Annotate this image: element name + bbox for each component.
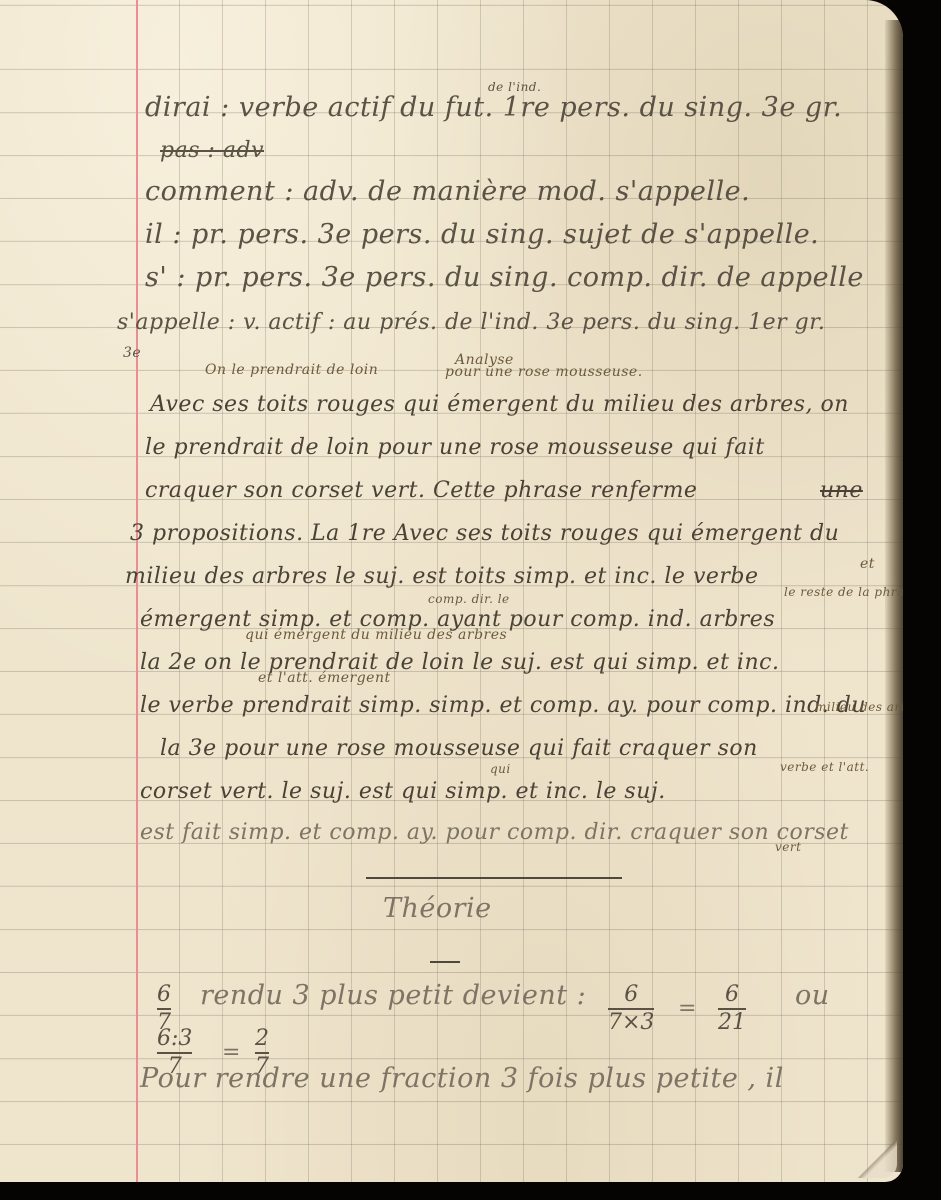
numerator: 6 <box>157 983 171 1007</box>
line-13-annotation-right: le reste de la phrase <box>784 585 903 599</box>
denominator: 21 <box>718 1011 746 1035</box>
line-1: dirai : verbe actif du fut. 1re pers. du… <box>145 92 842 123</box>
line-16: la 3e pour une rose mousseuse qui fait c… <box>160 736 758 761</box>
line-10: craquer son corset vert. Cette phrase re… <box>145 478 697 503</box>
denominator: 7×3 <box>608 1011 654 1035</box>
line-10-struck-word: une <box>820 478 863 503</box>
numerator: 6 <box>725 983 739 1007</box>
numerator: 6:3 <box>157 1027 192 1051</box>
math-ou: ou <box>795 980 830 1011</box>
line-14-annotation: qui émergent du milieu des arbres <box>245 627 507 643</box>
line-18: est fait simp. et comp. ay. pour comp. d… <box>140 820 849 845</box>
line-17-annotation-qui: qui <box>490 762 511 776</box>
fraction-6-over-21: 6 21 <box>718 983 746 1035</box>
equals-sign-2: = <box>222 1040 241 1065</box>
line-11: 3 propositions. La 1re Avec ses toits ro… <box>130 521 839 546</box>
line-17: corset vert. le suj. est qui simp. et in… <box>140 779 666 804</box>
math-text-1: rendu 3 plus petit devient : <box>200 980 586 1011</box>
equals-sign-1: = <box>678 996 697 1021</box>
last-line: Pour rendre une fraction 3 fois plus pet… <box>140 1063 784 1094</box>
section-divider-line <box>366 877 622 879</box>
line-8: Avec ses toits rouges qui émergent du mi… <box>150 392 849 417</box>
line-7-annotation-right: pour une rose mousseuse. <box>445 364 643 380</box>
line-18-annotation: vert <box>775 840 801 854</box>
line-15: le verbe prendrait simp. simp. et comp. … <box>140 693 866 718</box>
line-4: il : pr. pers. 3e pers. du sing. sujet d… <box>145 219 819 250</box>
line-1-annotation: de l'ind. <box>488 80 541 94</box>
fraction-6-over-7x3: 6 7×3 <box>608 983 654 1035</box>
line-5: s' : pr. pers. 3e pers. du sing. comp. d… <box>145 262 864 293</box>
notebook-page: dirai : verbe actif du fut. 1re pers. du… <box>0 0 903 1182</box>
numerator: 2 <box>255 1027 269 1051</box>
line-15-annotation: et l'att. émergent <box>258 670 391 686</box>
line-9: le prendrait de loin pour une rose mouss… <box>145 435 765 460</box>
line-12: milieu des arbres le suj. est toits simp… <box>125 564 759 589</box>
line-3: comment : adv. de manière mod. s'appelle… <box>145 176 750 207</box>
line-12-annotation: et <box>860 556 875 572</box>
section-title-theorie: Théorie <box>383 893 492 924</box>
red-margin-line <box>136 0 138 1182</box>
numerator: 6 <box>624 983 638 1007</box>
line-16-annotation: milieu des arbres <box>815 700 903 714</box>
line-7-annotation-left: On le prendrait de loin <box>205 362 378 378</box>
line-6: s'appelle : v. actif : au prés. de l'ind… <box>117 310 825 335</box>
line-6-margin-note: 3e <box>123 345 141 361</box>
line-17-annotation-right: verbe et l'att. <box>780 760 869 774</box>
short-divider-dash <box>430 961 460 963</box>
line-13-annotation-mid: comp. dir. le <box>428 592 510 606</box>
line-2-struck: pas : adv <box>160 138 264 163</box>
dog-eared-corner <box>857 1138 897 1178</box>
line-14: la 2e on le prendrait de loin le suj. es… <box>140 650 779 675</box>
